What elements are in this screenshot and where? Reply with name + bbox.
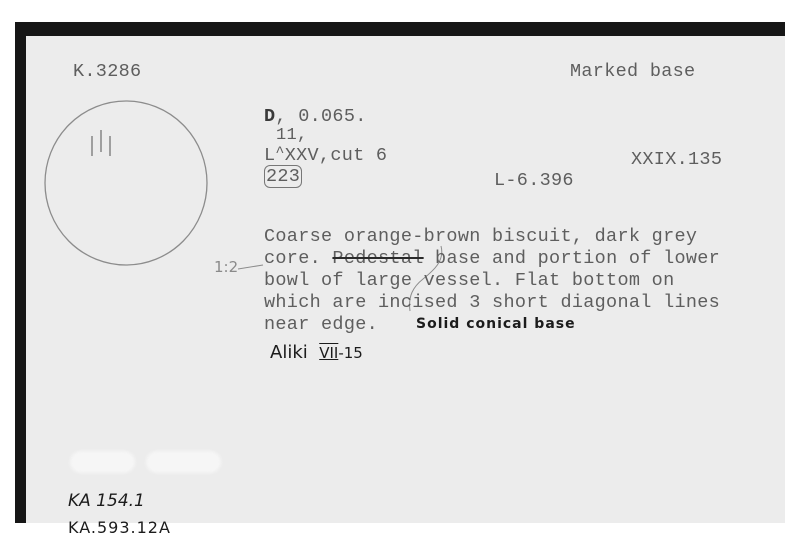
site-name: Aliki: [270, 342, 308, 363]
boxed-number-line: 223: [264, 166, 302, 188]
location-label: L: [264, 145, 275, 166]
description-line-2-end: base and portion of lower: [424, 248, 720, 269]
negative-ref: L-6.396: [494, 170, 574, 192]
diameter-comma: ,: [275, 106, 298, 127]
catalog-card: K.3286 Marked base D, 0.065. 11, L^XXV,c…: [15, 22, 785, 523]
struck-word: Pedestal: [332, 248, 423, 269]
inventory-italic: KA 154.1: [68, 491, 145, 511]
site-number: -15: [338, 344, 363, 362]
plate-ref: XXIX.135: [631, 149, 722, 171]
card-heading: Marked base: [570, 61, 695, 83]
catalog-number: K.3286: [73, 61, 141, 83]
description-line-4: which are incised 3 short diagonal lines: [264, 292, 720, 314]
location-rest: XXV,cut 6: [285, 145, 388, 166]
erased-smudge: [146, 451, 221, 473]
description-line-5: near edge.: [264, 314, 378, 336]
boxed-number: 223: [264, 165, 302, 188]
description-line-1: Coarse orange-brown biscuit, dark grey: [264, 226, 697, 248]
erased-smudge: [70, 451, 135, 473]
inventory-block: KA.593.12A: [68, 518, 171, 537]
base-sketch: [44, 98, 214, 273]
description-line-2-start: core.: [264, 248, 332, 269]
diameter-value: 0.065.: [298, 106, 366, 127]
caret-mark: ^: [275, 144, 284, 161]
site-note: Aliki VII-15: [270, 342, 363, 363]
diameter-label: D: [264, 106, 275, 127]
description-line-3: bowl of large vessel. Flat bottom on: [264, 270, 674, 292]
description-line-2: core. Pedestal base and portion of lower: [264, 248, 720, 270]
handwritten-insert: Solid conical base: [416, 316, 576, 332]
site-roman: VII: [319, 344, 338, 362]
